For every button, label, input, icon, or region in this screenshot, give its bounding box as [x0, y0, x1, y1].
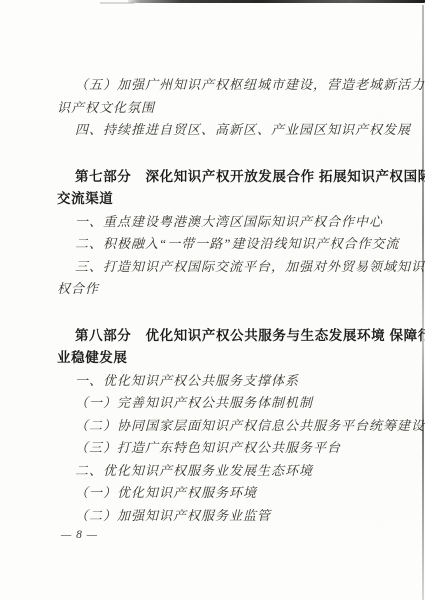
section7-item-3-line1: 三、打造知识产权国际交流平台，加强对外贸易领域知识产	[57, 256, 377, 279]
section8-item-2-sub1: （一）优化知识产权服务环境	[57, 482, 377, 505]
section8-item-1: 一、优化知识产权公共服务支撑体系	[57, 370, 377, 393]
toc-item-5-line2: 识产权文化氛围	[57, 97, 377, 120]
scan-artifact-top-smudge	[100, 2, 134, 4]
section8-heading-line2: 业稳健发展	[57, 347, 377, 370]
section7-heading-line2: 交流渠道	[57, 188, 377, 211]
section7-item-1: 一、重点建设粤港澳大湾区国际知识产权合作中心	[57, 211, 377, 234]
section8-item-2: 二、优化知识产权服务业发展生态环境	[57, 460, 377, 483]
section8-item-1-sub2: （二）协同国家层面知识产权信息公共服务平台统筹建设	[57, 415, 377, 438]
document-body: （五）加强广州知识产权枢纽城市建设，营造老城新活力知 识产权文化氛围 四、持续推…	[57, 74, 377, 527]
section7-heading-line1: 第七部分 深化知识产权开放发展合作 拓展知识产权国际	[57, 166, 377, 189]
toc-item-5-line1: （五）加强广州知识产权枢纽城市建设，营造老城新活力知	[57, 74, 377, 97]
scan-artifact-top-edge	[128, 0, 425, 3]
scan-artifact-right-edge	[422, 5, 424, 600]
section7-item-2: 二、积极融入“一带一路”建设沿线知识产权合作交流	[57, 233, 377, 256]
toc-item-4: 四、持续推进自贸区、高新区、产业园区知识产权发展	[57, 119, 377, 142]
page-number: — 8 —	[61, 529, 98, 541]
section8-item-1-sub1: （一）完善知识产权公共服务体制机制	[57, 392, 377, 415]
section8-heading-line1: 第八部分 优化知识产权公共服务与生态发展环境 保障行	[57, 325, 377, 348]
section7-item-3-line2: 权合作	[57, 278, 377, 301]
scanned-document-page: （五）加强广州知识产权枢纽城市建设，营造老城新活力知 识产权文化氛围 四、持续推…	[0, 0, 425, 600]
section8-item-1-sub3: （三）打造广东特色知识产权公共服务平台	[57, 437, 377, 460]
section8-item-2-sub2: （二）加强知识产权服务业监管	[57, 505, 377, 528]
